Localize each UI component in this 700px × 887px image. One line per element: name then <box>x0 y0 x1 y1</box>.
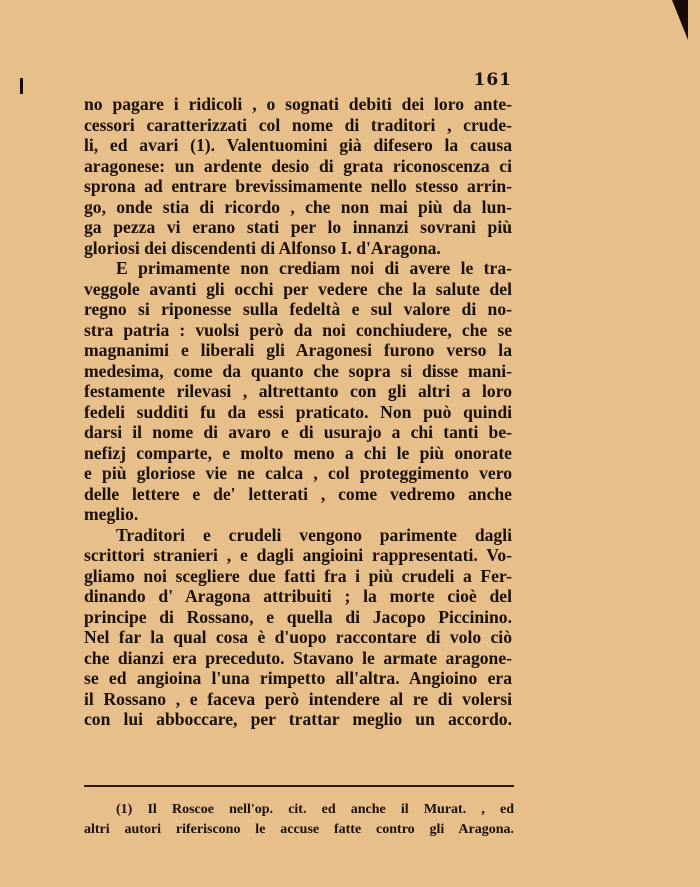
text-line: gliamo noi scegliere due fatti fra i più… <box>84 566 512 587</box>
text-line: no pagare i ridicoli , o sognati debiti … <box>84 94 512 115</box>
text-line: sprona ad entrare brevissimamente nello … <box>84 176 512 197</box>
text-line: nefizj comparte, e molto meno a chi le p… <box>84 443 512 464</box>
text-line: magnanimi e liberali gli Aragonesi furon… <box>84 340 512 361</box>
footnote-line: altri autori riferiscono le accuse fatte… <box>84 820 514 840</box>
text-line: regno si riponesse sulla fedeltà e sul v… <box>84 299 512 320</box>
text-line: scrittori stranieri , e dagli angioini r… <box>84 545 512 566</box>
text-line: stra patria : vuolsi però da noi conchiu… <box>84 320 512 341</box>
footnote-separator-rule <box>84 785 514 787</box>
text-line: veggole avanti gli occhi per vedere che … <box>84 279 512 300</box>
text-line: li, ed avari (1). Valentuomini già difes… <box>84 135 512 156</box>
text-line: go, onde stia di ricordo , che non mai p… <box>84 197 512 218</box>
text-line: dinando d' Aragona attribuiti ; la morte… <box>84 586 512 607</box>
text-line: Nel far la qual cosa è d'uopo raccontare… <box>84 627 512 648</box>
text-line-with-italic: e più gloriose vie ne calca , col proteg… <box>84 463 512 484</box>
footnote-line: (1) Il Roscoe nell'op. cit. ed anche il … <box>84 800 514 820</box>
text-line: E primamente non crediam noi di avere le… <box>84 258 512 279</box>
footnote: (1) Il Roscoe nell'op. cit. ed anche il … <box>84 800 514 840</box>
page-corner-fold-mark <box>672 0 688 40</box>
text-line: principe di Rossano, e quella di Jacopo … <box>84 607 512 628</box>
text-line: festamente rilevasi , altrettanto con gl… <box>84 381 512 402</box>
margin-ink-mark <box>20 78 23 94</box>
text-line: Traditori e crudeli vengono parimente da… <box>84 525 512 546</box>
text-line: medesima, come da quanto che sopra si di… <box>84 361 512 382</box>
text-line: delle lettere e de' letterati , come ved… <box>84 484 512 505</box>
text-line: gloriosi dei discendenti di Alfonso I. d… <box>84 238 512 259</box>
body-text: no pagare i ridicoli , o sognati debiti … <box>84 94 512 730</box>
text-line: che dianzi era preceduto. Stavano le arm… <box>84 648 512 669</box>
book-page: 161 no pagare i ridicoli , o sognati deb… <box>84 70 512 730</box>
text-line: il Rossano , e faceva però intendere al … <box>84 689 512 710</box>
paragraph-3: Traditori e crudeli vengono parimente da… <box>84 525 512 730</box>
text-line: meglio. <box>84 504 512 525</box>
paragraph-2: E primamente non crediam noi di avere le… <box>84 258 512 525</box>
page-number: 161 <box>84 70 512 92</box>
text-line: aragonese: un ardente desio di grata ric… <box>84 156 512 177</box>
text-line: cessori caratterizzati col nome di tradi… <box>84 115 512 136</box>
text-line: ga pezza vi erano stati per lo innanzi s… <box>84 217 512 238</box>
text-line: con lui abboccare, per trattar meglio un… <box>84 709 512 730</box>
text-line: fedeli sudditi fu da essi praticato. Non… <box>84 402 512 423</box>
text-line: darsi il nome di avaro e di usurajo a ch… <box>84 422 512 443</box>
text-line: se ed angioina l'una rimpetto all'altra.… <box>84 668 512 689</box>
paragraph-1: no pagare i ridicoli , o sognati debiti … <box>84 94 512 258</box>
